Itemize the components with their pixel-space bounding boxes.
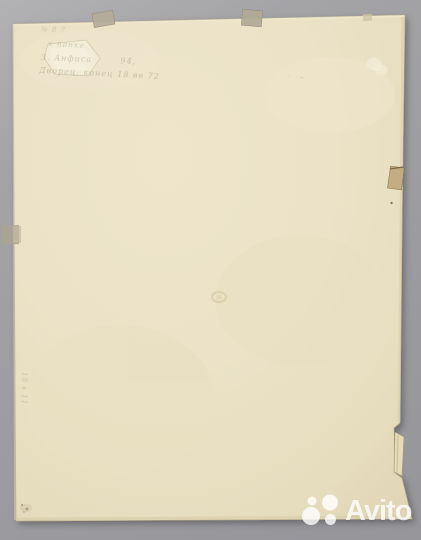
avito-watermark: Avito: [299, 491, 411, 531]
avito-logo-icon: [299, 491, 343, 531]
tape-right-edge: [388, 166, 405, 190]
photo-scene: № 8 7 к папке З. Анфиса 94, Дворец, коне…: [0, 0, 421, 540]
tape-top-center: [241, 9, 262, 27]
handwriting-line-2: к папке: [48, 40, 85, 49]
handwriting-side-note: 18 х 11: [20, 372, 27, 405]
right-edge-speck: [390, 202, 392, 204]
corner-flap-tear: [394, 432, 404, 476]
tape-top-right-notch: [363, 14, 373, 22]
paper-artwork: [0, 0, 421, 540]
tape-left-edge: [2, 225, 21, 244]
handwriting-faint-mark: · ·~: [288, 74, 307, 83]
handwriting-line-1: № 8 7: [41, 27, 66, 35]
avito-logo-text: Avito: [345, 491, 411, 531]
